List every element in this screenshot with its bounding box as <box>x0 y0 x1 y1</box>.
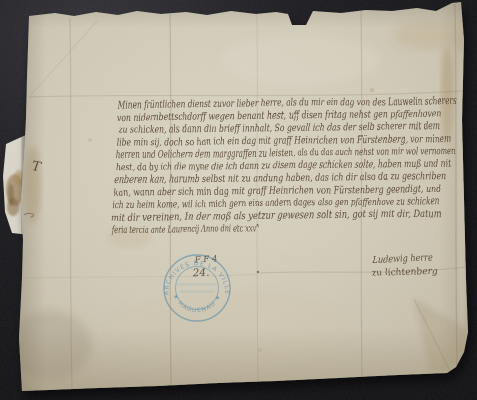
signature-line: Ludewig herre <box>372 253 434 266</box>
foxing-spot <box>370 88 374 92</box>
shelfmark-text: F F 4 <box>193 254 217 266</box>
wax-residue <box>8 184 14 206</box>
archive-number-text: 24. <box>191 267 209 280</box>
foxing-spot <box>89 139 92 142</box>
paper-nick <box>257 271 259 273</box>
photo-of-manuscript: ARCHIVES DE LA VILLE ★ HAGUENAU ★ F F 4 … <box>0 0 477 400</box>
light-patch <box>220 35 380 85</box>
text-line: feria tercia ante Laurencij Anno dni etc… <box>111 223 260 236</box>
signature-line: zu lichtenberg <box>370 266 437 279</box>
